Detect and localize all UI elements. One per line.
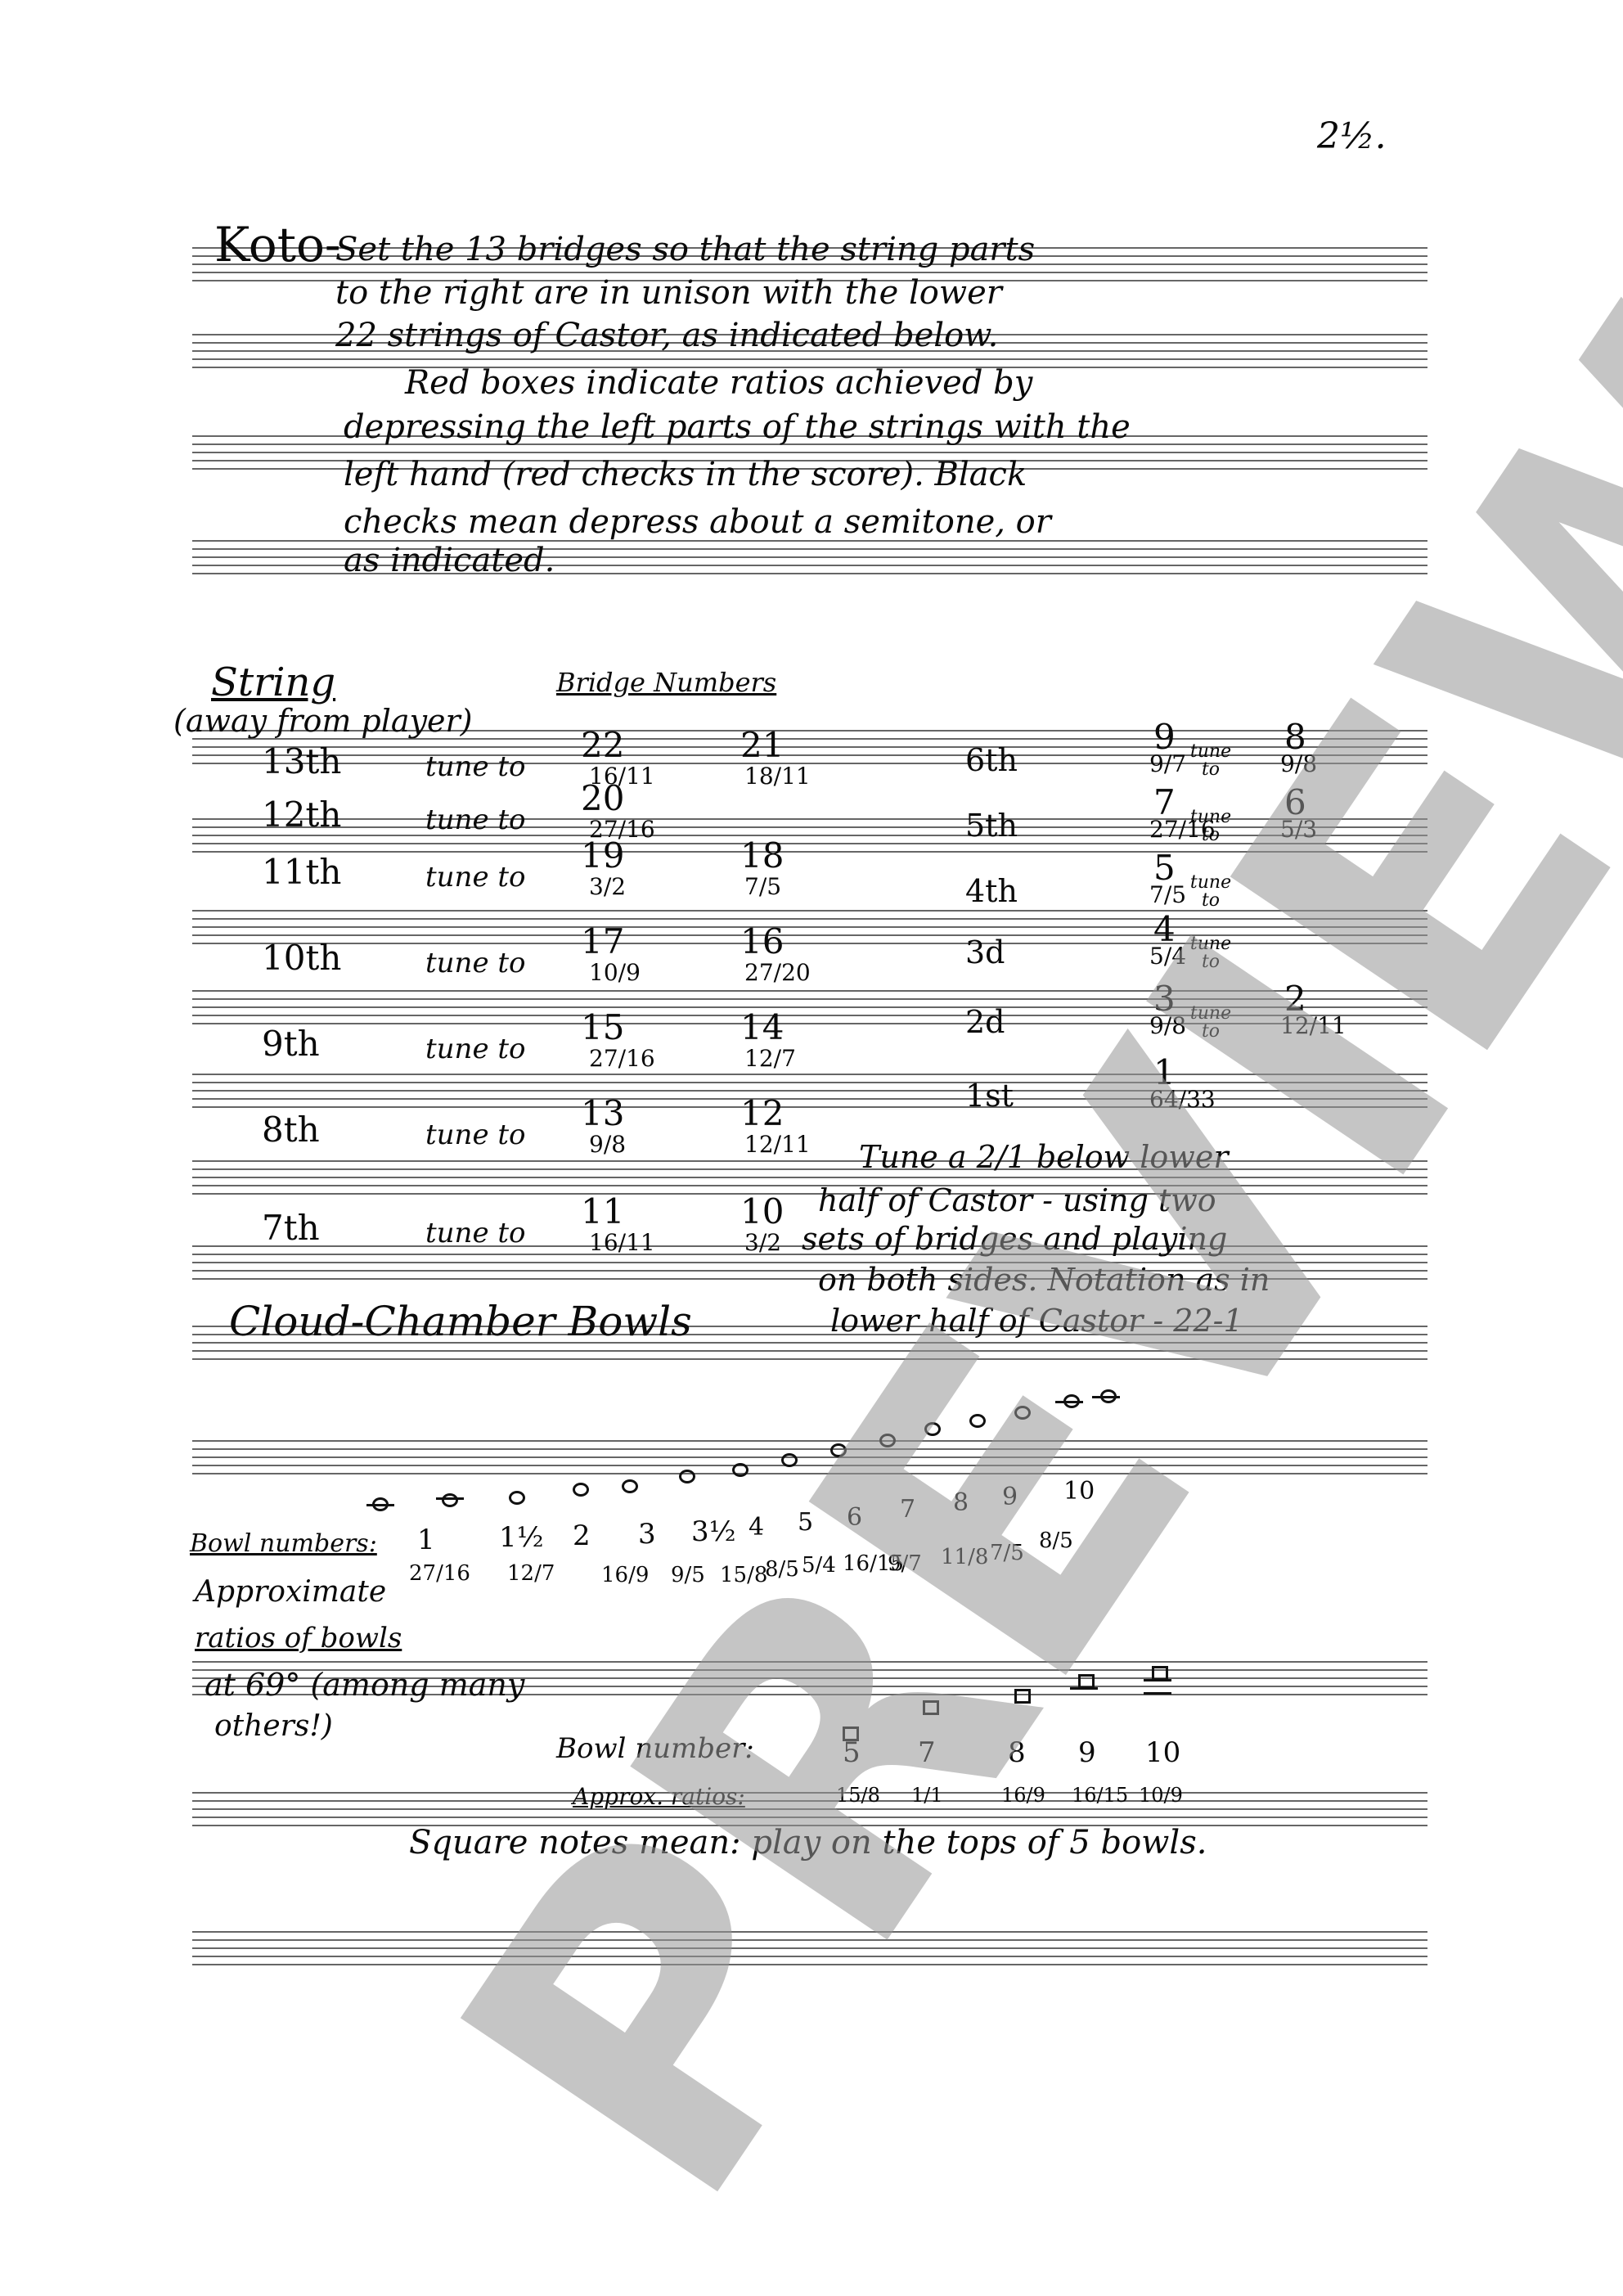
ratios-label-line: ratios of bowls [195,1624,402,1652]
bowl-number: 4 [749,1515,764,1540]
tuning-note-line: Tune a 2/1 below lower [859,1141,1229,1173]
bridge-ratio: 9/7 [1149,753,1186,776]
tune-to-label: tune to [425,753,526,781]
ledger-line [1144,1692,1171,1695]
bowl-ratio: 7/5 [990,1542,1024,1564]
string-label: 2d [965,1006,1005,1038]
staff [192,1074,1427,1110]
bowl-ratio: 9/7 [888,1553,922,1574]
tops-ratio: 16/9 [1001,1785,1045,1805]
bridge-ratio: 18/11 [744,765,811,788]
tops-bowl-number-label: Bowl number: [556,1735,754,1763]
staff [192,1160,1427,1196]
bowl-number: 6 [847,1506,862,1530]
whole-note-icon [509,1491,525,1505]
tops-bowl-number: 7 [918,1739,936,1767]
bowl-number: 1 [417,1526,435,1554]
bowl-number: 7 [900,1497,915,1522]
whole-note-icon [732,1463,749,1477]
bridge-number: 18 [740,839,784,873]
whole-note-icon [1014,1406,1031,1420]
tune-to-label: tune to [425,863,526,891]
bridge-ratio: 27/20 [744,961,811,984]
bridge-number: 9 [1153,720,1176,754]
string-label: 11th [262,855,341,889]
koto-note-line: Red boxes indicate ratios achieved by [405,367,1032,399]
bridge-ratio: 12/11 [744,1133,811,1156]
bridge-ratio: 9/8 [1149,1015,1186,1038]
bridge-ratio: 12/7 [744,1047,796,1070]
koto-instruction-line: 22 strings of Castor, as indicated below… [335,319,998,352]
tops-ratios-label: Approx. ratios: [573,1785,745,1808]
string-label: 12th [262,798,341,832]
bridge-number: 15 [581,1011,624,1045]
whole-note-icon [442,1493,458,1507]
tune-to-label: tune to [1186,743,1235,779]
string-label: 3d [965,937,1005,968]
bridge-number: 10 [740,1195,784,1229]
string-label: 5th [965,810,1018,841]
bridge-ratio: 3/2 [744,1231,781,1254]
whole-note-icon [924,1422,941,1436]
bridge-ratio: 9/8 [1280,753,1317,776]
bridge-number: 20 [581,781,624,816]
bridge-ratio: 16/11 [589,1231,655,1254]
bowl-ratio: 8/5 [765,1559,799,1580]
koto-note-line: depressing the left parts of the strings… [344,411,1131,443]
ledger-line [1092,1396,1120,1398]
tops-bowl-number: 10 [1145,1739,1180,1767]
bridge-ratio: 5/3 [1280,818,1317,841]
square-note-icon [923,1700,939,1715]
bridge-number: 21 [740,728,784,763]
string-label: 13th [262,745,341,779]
tune-to-label: tune to [425,1035,526,1063]
bowl-numbers-label: Bowl numbers: [190,1532,377,1556]
string-label: 7th [262,1211,320,1245]
ratios-label-line: Approximate [195,1578,386,1607]
tops-ratio: 15/8 [836,1785,880,1805]
bridge-number: 4 [1153,912,1176,947]
bridge-ratio: 27/16 [1149,818,1216,841]
bowl-number: 3½ [691,1518,736,1546]
staff [192,990,1427,1026]
whole-note-icon [969,1414,986,1428]
square-notes-footnote: Square notes mean: play on the tops of 5… [409,1826,1207,1859]
koto-note-line: checks mean depress about a semitone, or [344,506,1051,538]
staff [192,1931,1427,1967]
string-label: 6th [965,745,1018,776]
bridge-number: 3 [1153,982,1176,1016]
tune-to-label: tune to [1186,1005,1235,1041]
bridge-number: 7 [1153,786,1176,820]
bridge-number: 17 [581,925,624,959]
string-subheader: (away from player) [173,705,473,736]
bridge-ratio: 3/2 [589,876,626,898]
bowl-ratio: 9/5 [671,1564,705,1586]
bowl-number: 10 [1063,1479,1095,1504]
staff [192,818,1427,854]
tune-to-label: tune to [1186,935,1235,971]
string-label: 9th [262,1027,320,1061]
whole-note-icon [879,1434,896,1447]
bridge-ratio: 10/9 [589,961,641,984]
bowl-number: 8 [953,1491,969,1515]
koto-instruction-line: Set the 13 bridges so that the string pa… [335,233,1035,266]
whole-note-icon [679,1470,695,1483]
bowl-number: 5 [798,1510,813,1535]
tune-to-label: tune to [425,1121,526,1149]
tune-to-label: tune to [425,1219,526,1247]
bridge-number: 19 [581,839,624,873]
ledger-line [436,1497,464,1500]
whole-note-icon [573,1483,589,1497]
bridge-numbers-header: Bridge Numbers [556,669,776,696]
tops-ratio: 1/1 [911,1785,943,1805]
bowl-ratio: 12/7 [507,1563,555,1584]
bowl-ratio: 5/4 [802,1555,836,1576]
bridge-number: 16 [740,925,784,959]
bridge-number: 5 [1153,851,1176,885]
ledger-line [1070,1687,1098,1690]
bridge-ratio: 5/4 [1149,945,1186,968]
staff [192,910,1427,946]
tuning-note-line: on both sides. Notation as in [818,1264,1270,1295]
bridge-number: 8 [1284,720,1306,754]
tuning-note-line: sets of bridges and playing [802,1223,1227,1254]
tuning-note-line: half of Castor - using two [818,1185,1216,1216]
bowl-number: 1½ [499,1524,544,1551]
page-number: 2½. [1317,119,1387,155]
bowl-ratio: 8/5 [1039,1530,1073,1551]
koto-title: Koto- [214,221,341,268]
string-label: 1st [965,1080,1014,1111]
bowl-ratio: 16/9 [601,1564,649,1586]
bowl-number: 9 [1002,1485,1018,1510]
ratios-label-line: at 69° (among many [205,1669,524,1700]
tune-to-label: tune to [425,949,526,977]
bridge-number: 11 [581,1195,624,1229]
bowl-number: 2 [573,1522,591,1550]
staff [192,1792,1427,1828]
tops-bowl-number: 8 [1008,1739,1026,1767]
manuscript-page: 2½. Koto- Set the 13 bridges so that the… [0,0,1623,2296]
string-label: 4th [965,876,1018,907]
ledger-line [1144,1679,1171,1681]
bridge-number: 13 [581,1096,624,1131]
bridge-ratio: 7/5 [1149,884,1186,907]
tune-to-label: tune to [1186,874,1235,910]
string-label: 8th [262,1113,320,1147]
square-note-icon [1014,1689,1031,1704]
bridge-number: 22 [581,728,624,763]
bridge-ratio: 64/33 [1149,1088,1216,1111]
bridge-ratio: 27/16 [589,1047,655,1070]
bowl-ratio: 11/8 [941,1546,988,1568]
bridge-ratio: 9/8 [589,1133,626,1156]
whole-note-icon [781,1453,798,1467]
koto-note-line: left hand (red checks in the score). Bla… [344,458,1027,491]
tops-ratio: 16/15 [1072,1785,1128,1805]
bowl-number: 3 [638,1520,656,1548]
whole-note-icon [622,1479,638,1493]
string-header: String [211,663,335,702]
bowl-ratio: 27/16 [409,1563,470,1584]
bridge-number: 1 [1153,1056,1176,1090]
koto-note-line: as indicated. [344,544,555,577]
tops-bowl-number: 5 [843,1739,861,1767]
tune-to-label: tune to [425,806,526,834]
bowls-title: Cloud-Chamber Bowls [229,1301,692,1342]
tuning-note-line: lower half of Castor - 22-1 [830,1305,1243,1336]
tops-ratio: 10/9 [1139,1785,1183,1805]
bridge-number: 6 [1284,786,1306,820]
ledger-line [366,1504,394,1506]
bridge-number: 14 [740,1011,784,1045]
bridge-number: 2 [1284,982,1306,1016]
string-label: 10th [262,941,341,975]
ratios-label-line: others!) [214,1712,333,1741]
bowl-ratio: 15/8 [720,1564,767,1586]
whole-note-icon [830,1443,847,1457]
bridge-ratio: 7/5 [744,876,781,898]
koto-instruction-line: to the right are in unison with the lowe… [335,277,1002,309]
tops-bowl-number: 9 [1078,1739,1096,1767]
staff [192,1440,1427,1476]
bridge-number: 12 [740,1096,784,1131]
ledger-line [1055,1401,1083,1403]
bridge-ratio: 12/11 [1280,1015,1347,1038]
